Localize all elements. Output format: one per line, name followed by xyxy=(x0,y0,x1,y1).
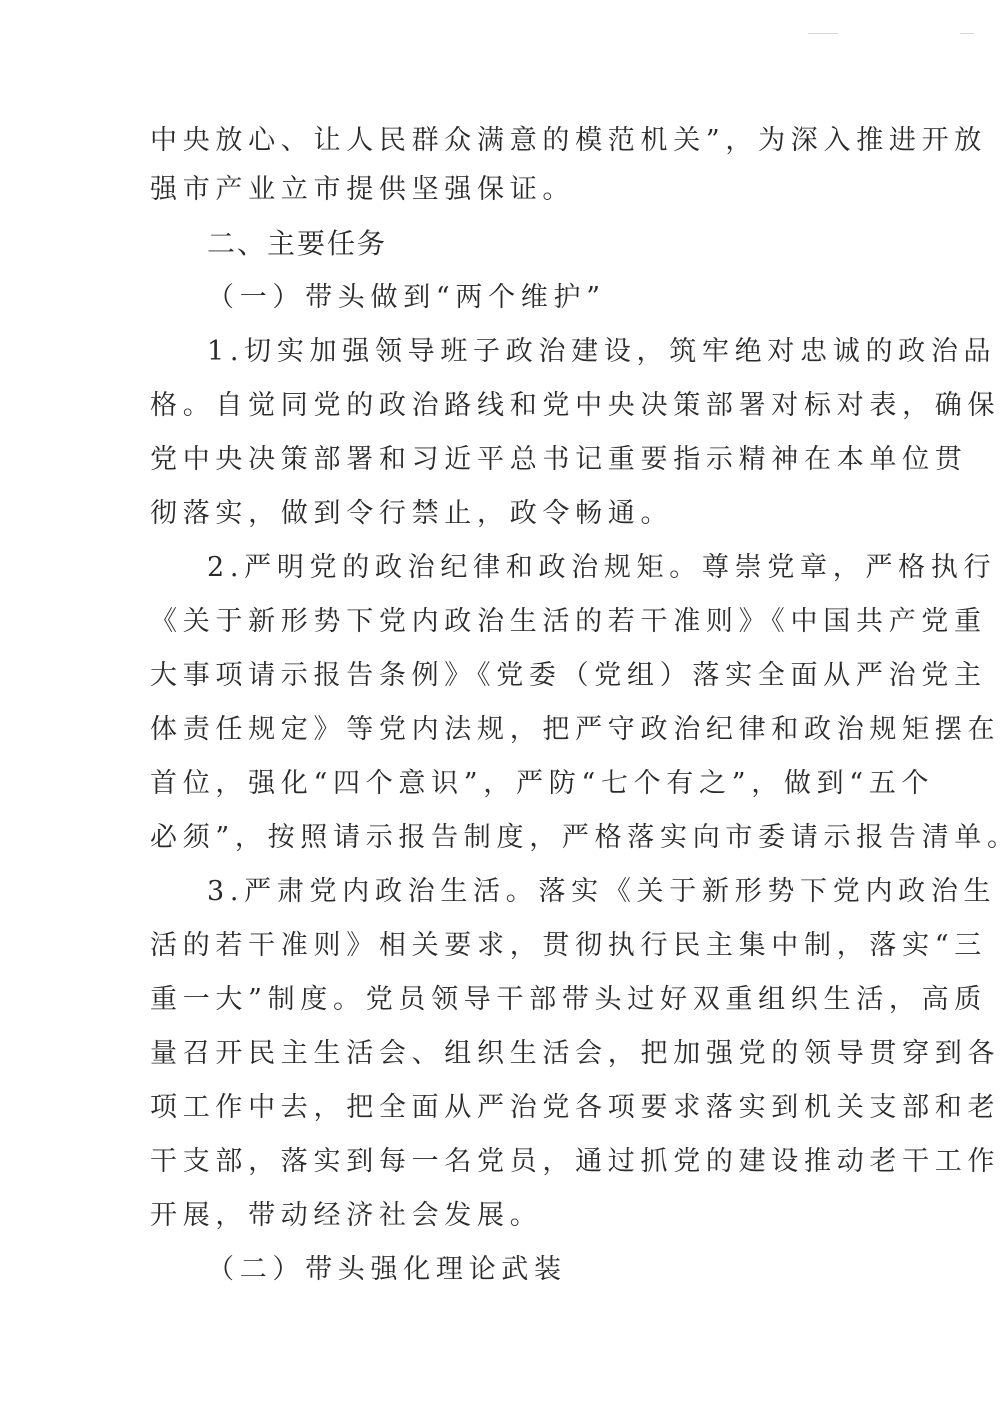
body-line: 《关于新形势下党内政治生活的若干准则》《中国共产党重 xyxy=(150,595,850,649)
body-line: 体责任规定》等党内法规，把严守政治纪律和政治规矩摆在 xyxy=(150,703,850,757)
body-line: 彻落实，做到令行禁止，政令畅通。 xyxy=(150,487,850,541)
scan-artifact xyxy=(960,33,974,34)
body-line: 中央放心、让人民群众满意的模范机关”，为深入推进开放 xyxy=(150,118,850,163)
document-page: 中央放心、让人民群众满意的模范机关”，为深入推进开放 强市产业立市提供坚强保证。… xyxy=(150,118,850,1297)
body-line: 格。自觉同党的政治路线和党中央决策部署对标对表，确保 xyxy=(150,379,850,433)
body-line: 活的若干准则》相关要求，贯彻执行民主集中制，落实“三 xyxy=(150,919,850,973)
body-line: 首位，强化“四个意识”，严防“七个有之”，做到“五个 xyxy=(150,757,850,811)
subsection-heading: （二）带头强化理论武装 xyxy=(150,1243,850,1297)
body-line: 干支部，落实到每一名党员，通过抓党的建设推动老干工作 xyxy=(150,1135,850,1189)
paragraph-start-line: 1.切实加强领导班子政治建设，筑牢绝对忠诚的政治品 xyxy=(150,325,850,379)
paragraph-start-line: 2.严明党的政治纪律和政治规矩。尊崇党章，严格执行 xyxy=(150,541,850,595)
paragraph-start-line: 3.严肃党内政治生活。落实《关于新形势下党内政治生 xyxy=(150,865,850,919)
body-line: 党中央决策部署和习近平总书记重要指示精神在本单位贯 xyxy=(150,433,850,487)
body-line: 量召开民主生活会、组织生活会，把加强党的领导贯穿到各 xyxy=(150,1027,850,1081)
body-line: 项工作中去，把全面从严治党各项要求落实到机关支部和老 xyxy=(150,1081,850,1135)
body-line: 大事项请示报告条例》《党委（党组）落实全面从严治党主 xyxy=(150,649,850,703)
section-heading: 二、主要任务 xyxy=(150,217,850,271)
subsection-heading: （一）带头做到“两个维护” xyxy=(150,271,850,325)
body-line: 重一大”制度。党员领导干部带头过好双重组织生活，高质 xyxy=(150,973,850,1027)
scan-artifact xyxy=(808,33,838,34)
body-line: 开展，带动经济社会发展。 xyxy=(150,1189,850,1243)
body-line: 强市产业立市提供坚强保证。 xyxy=(150,163,850,217)
body-line: 必须”，按照请示报告制度，严格落实向市委请示报告清单。 xyxy=(150,811,850,865)
